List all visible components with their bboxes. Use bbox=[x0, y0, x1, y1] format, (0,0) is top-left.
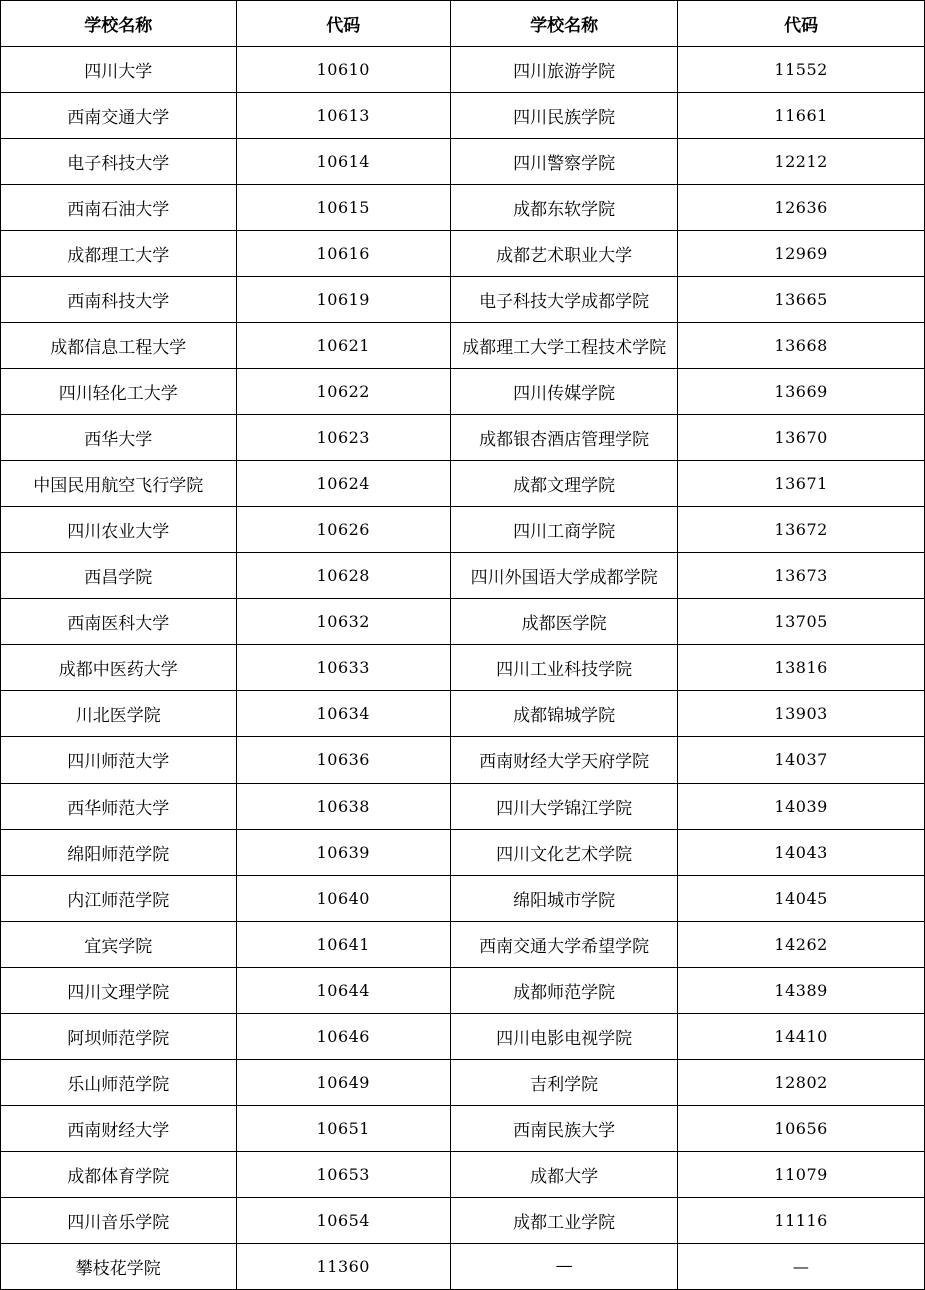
code-cell: 11079 bbox=[678, 1151, 925, 1197]
school-name-cell: 成都艺术职业大学 bbox=[450, 231, 677, 277]
code-cell: 12802 bbox=[678, 1059, 925, 1105]
school-name-cell: 西华大学 bbox=[1, 415, 237, 461]
school-name-cell: 成都师范学院 bbox=[450, 967, 677, 1013]
code-cell: 10619 bbox=[236, 277, 450, 323]
school-name-cell: 四川大学锦江学院 bbox=[450, 783, 677, 829]
code-cell: 14262 bbox=[678, 921, 925, 967]
school-name-cell: 西南医科大学 bbox=[1, 599, 237, 645]
code-cell: 10633 bbox=[236, 645, 450, 691]
table-row: 电子科技大学10614四川警察学院12212 bbox=[1, 139, 925, 185]
code-cell: 12212 bbox=[678, 139, 925, 185]
school-name-cell: 四川警察学院 bbox=[450, 139, 677, 185]
school-name-cell: 川北医学院 bbox=[1, 691, 237, 737]
code-cell: 13669 bbox=[678, 369, 925, 415]
code-cell: 13668 bbox=[678, 323, 925, 369]
code-cell: 10622 bbox=[236, 369, 450, 415]
school-name-cell: — bbox=[450, 1243, 677, 1289]
school-name-cell: 西南交通大学 bbox=[1, 93, 237, 139]
school-name-cell: 四川民族学院 bbox=[450, 93, 677, 139]
code-cell: 14037 bbox=[678, 737, 925, 783]
header-row: 学校名称代码学校名称代码 bbox=[1, 1, 925, 47]
table-row: 攀枝花学院11360—— bbox=[1, 1243, 925, 1289]
code-cell: 13903 bbox=[678, 691, 925, 737]
code-cell: 11360 bbox=[236, 1243, 450, 1289]
code-cell: 10654 bbox=[236, 1197, 450, 1243]
table-row: 四川大学10610四川旅游学院11552 bbox=[1, 47, 925, 93]
table-row: 成都体育学院10653成都大学11079 bbox=[1, 1151, 925, 1197]
code-cell: 10610 bbox=[236, 47, 450, 93]
code-cell: 11552 bbox=[678, 47, 925, 93]
school-name-cell: 电子科技大学 bbox=[1, 139, 237, 185]
school-name-cell: 绵阳师范学院 bbox=[1, 829, 237, 875]
code-cell: 10644 bbox=[236, 967, 450, 1013]
code-cell: 13670 bbox=[678, 415, 925, 461]
school-name-cell: 成都大学 bbox=[450, 1151, 677, 1197]
school-name-cell: 成都医学院 bbox=[450, 599, 677, 645]
school-name-cell: 成都东软学院 bbox=[450, 185, 677, 231]
code-cell: 10639 bbox=[236, 829, 450, 875]
code-cell: 10641 bbox=[236, 921, 450, 967]
header-school-name: 学校名称 bbox=[1, 1, 237, 47]
code-cell: 14045 bbox=[678, 875, 925, 921]
school-name-cell: 西南交通大学希望学院 bbox=[450, 921, 677, 967]
code-cell: 10638 bbox=[236, 783, 450, 829]
code-cell: 10640 bbox=[236, 875, 450, 921]
school-name-cell: 成都文理学院 bbox=[450, 461, 677, 507]
table-row: 四川师范大学10636西南财经大学天府学院14037 bbox=[1, 737, 925, 783]
school-name-cell: 西南石油大学 bbox=[1, 185, 237, 231]
table-row: 四川文理学院10644成都师范学院14389 bbox=[1, 967, 925, 1013]
table-row: 阿坝师范学院10646四川电影电视学院14410 bbox=[1, 1013, 925, 1059]
code-cell: 12969 bbox=[678, 231, 925, 277]
table-row: 西南交通大学10613四川民族学院11661 bbox=[1, 93, 925, 139]
code-cell: 14043 bbox=[678, 829, 925, 875]
school-name-cell: 成都中医药大学 bbox=[1, 645, 237, 691]
school-name-cell: 电子科技大学成都学院 bbox=[450, 277, 677, 323]
table-row: 中国民用航空飞行学院10624成都文理学院13671 bbox=[1, 461, 925, 507]
code-cell: 13671 bbox=[678, 461, 925, 507]
school-name-cell: 西南财经大学 bbox=[1, 1105, 237, 1151]
table-row: 乐山师范学院10649吉利学院12802 bbox=[1, 1059, 925, 1105]
school-name-cell: 成都银杏酒店管理学院 bbox=[450, 415, 677, 461]
school-name-cell: 四川电影电视学院 bbox=[450, 1013, 677, 1059]
school-name-cell: 中国民用航空飞行学院 bbox=[1, 461, 237, 507]
school-name-cell: 成都工业学院 bbox=[450, 1197, 677, 1243]
code-cell: 10614 bbox=[236, 139, 450, 185]
code-cell: 13673 bbox=[678, 553, 925, 599]
code-cell: 13672 bbox=[678, 507, 925, 553]
table-row: 宜宾学院10641西南交通大学希望学院14262 bbox=[1, 921, 925, 967]
school-name-cell: 绵阳城市学院 bbox=[450, 875, 677, 921]
school-name-cell: 成都理工大学工程技术学院 bbox=[450, 323, 677, 369]
code-cell: 14039 bbox=[678, 783, 925, 829]
table-row: 西南石油大学10615成都东软学院12636 bbox=[1, 185, 925, 231]
table-row: 西南科技大学10619电子科技大学成都学院13665 bbox=[1, 277, 925, 323]
header-code: 代码 bbox=[678, 1, 925, 47]
table-row: 西华师范大学10638四川大学锦江学院14039 bbox=[1, 783, 925, 829]
code-cell: 10646 bbox=[236, 1013, 450, 1059]
code-cell: 10653 bbox=[236, 1151, 450, 1197]
school-name-cell: 四川工商学院 bbox=[450, 507, 677, 553]
table-row: 四川轻化工大学10622四川传媒学院13669 bbox=[1, 369, 925, 415]
school-name-cell: 四川外国语大学成都学院 bbox=[450, 553, 677, 599]
table-body: 四川大学10610四川旅游学院11552西南交通大学10613四川民族学院116… bbox=[1, 47, 925, 1290]
table-row: 西昌学院10628四川外国语大学成都学院13673 bbox=[1, 553, 925, 599]
code-cell: 13816 bbox=[678, 645, 925, 691]
school-name-cell: 西南民族大学 bbox=[450, 1105, 677, 1151]
table-row: 四川音乐学院10654成都工业学院11116 bbox=[1, 1197, 925, 1243]
school-name-cell: 内江师范学院 bbox=[1, 875, 237, 921]
school-name-cell: 四川农业大学 bbox=[1, 507, 237, 553]
code-cell: 11116 bbox=[678, 1197, 925, 1243]
header-code: 代码 bbox=[236, 1, 450, 47]
table-row: 川北医学院10634成都锦城学院13903 bbox=[1, 691, 925, 737]
school-name-cell: 阿坝师范学院 bbox=[1, 1013, 237, 1059]
school-name-cell: 四川师范大学 bbox=[1, 737, 237, 783]
school-name-cell: 成都体育学院 bbox=[1, 1151, 237, 1197]
code-cell: 12636 bbox=[678, 185, 925, 231]
table-row: 成都理工大学10616成都艺术职业大学12969 bbox=[1, 231, 925, 277]
table-row: 西华大学10623成都银杏酒店管理学院13670 bbox=[1, 415, 925, 461]
school-name-cell: 西南科技大学 bbox=[1, 277, 237, 323]
school-name-cell: 攀枝花学院 bbox=[1, 1243, 237, 1289]
school-name-cell: 西南财经大学天府学院 bbox=[450, 737, 677, 783]
code-cell: 10613 bbox=[236, 93, 450, 139]
code-cell: 10636 bbox=[236, 737, 450, 783]
table-row: 绵阳师范学院10639四川文化艺术学院14043 bbox=[1, 829, 925, 875]
school-name-cell: 四川工业科技学院 bbox=[450, 645, 677, 691]
code-cell: 10621 bbox=[236, 323, 450, 369]
code-cell: 14410 bbox=[678, 1013, 925, 1059]
school-name-cell: 宜宾学院 bbox=[1, 921, 237, 967]
school-name-cell: 四川音乐学院 bbox=[1, 1197, 237, 1243]
code-cell: — bbox=[678, 1243, 925, 1289]
code-cell: 14389 bbox=[678, 967, 925, 1013]
code-cell: 11661 bbox=[678, 93, 925, 139]
table-row: 西南医科大学10632成都医学院13705 bbox=[1, 599, 925, 645]
school-name-cell: 四川传媒学院 bbox=[450, 369, 677, 415]
code-cell: 10626 bbox=[236, 507, 450, 553]
school-name-cell: 西昌学院 bbox=[1, 553, 237, 599]
school-code-table: 学校名称代码学校名称代码 四川大学10610四川旅游学院11552西南交通大学1… bbox=[0, 0, 925, 1290]
table-row: 内江师范学院10640绵阳城市学院14045 bbox=[1, 875, 925, 921]
header-school-name: 学校名称 bbox=[450, 1, 677, 47]
code-cell: 13705 bbox=[678, 599, 925, 645]
school-name-cell: 四川轻化工大学 bbox=[1, 369, 237, 415]
code-cell: 10649 bbox=[236, 1059, 450, 1105]
code-cell: 10651 bbox=[236, 1105, 450, 1151]
school-name-cell: 四川大学 bbox=[1, 47, 237, 93]
code-cell: 10615 bbox=[236, 185, 450, 231]
code-cell: 13665 bbox=[678, 277, 925, 323]
school-name-cell: 四川文理学院 bbox=[1, 967, 237, 1013]
school-name-cell: 四川文化艺术学院 bbox=[450, 829, 677, 875]
school-name-cell: 乐山师范学院 bbox=[1, 1059, 237, 1105]
school-name-cell: 西华师范大学 bbox=[1, 783, 237, 829]
school-name-cell: 成都信息工程大学 bbox=[1, 323, 237, 369]
school-name-cell: 成都锦城学院 bbox=[450, 691, 677, 737]
code-cell: 10656 bbox=[678, 1105, 925, 1151]
school-name-cell: 四川旅游学院 bbox=[450, 47, 677, 93]
code-cell: 10628 bbox=[236, 553, 450, 599]
code-cell: 10634 bbox=[236, 691, 450, 737]
table-row: 四川农业大学10626四川工商学院13672 bbox=[1, 507, 925, 553]
table-row: 成都中医药大学10633四川工业科技学院13816 bbox=[1, 645, 925, 691]
table-row: 成都信息工程大学10621成都理工大学工程技术学院13668 bbox=[1, 323, 925, 369]
school-name-cell: 吉利学院 bbox=[450, 1059, 677, 1105]
table-row: 西南财经大学10651西南民族大学10656 bbox=[1, 1105, 925, 1151]
code-cell: 10616 bbox=[236, 231, 450, 277]
code-cell: 10623 bbox=[236, 415, 450, 461]
code-cell: 10624 bbox=[236, 461, 450, 507]
school-name-cell: 成都理工大学 bbox=[1, 231, 237, 277]
code-cell: 10632 bbox=[236, 599, 450, 645]
